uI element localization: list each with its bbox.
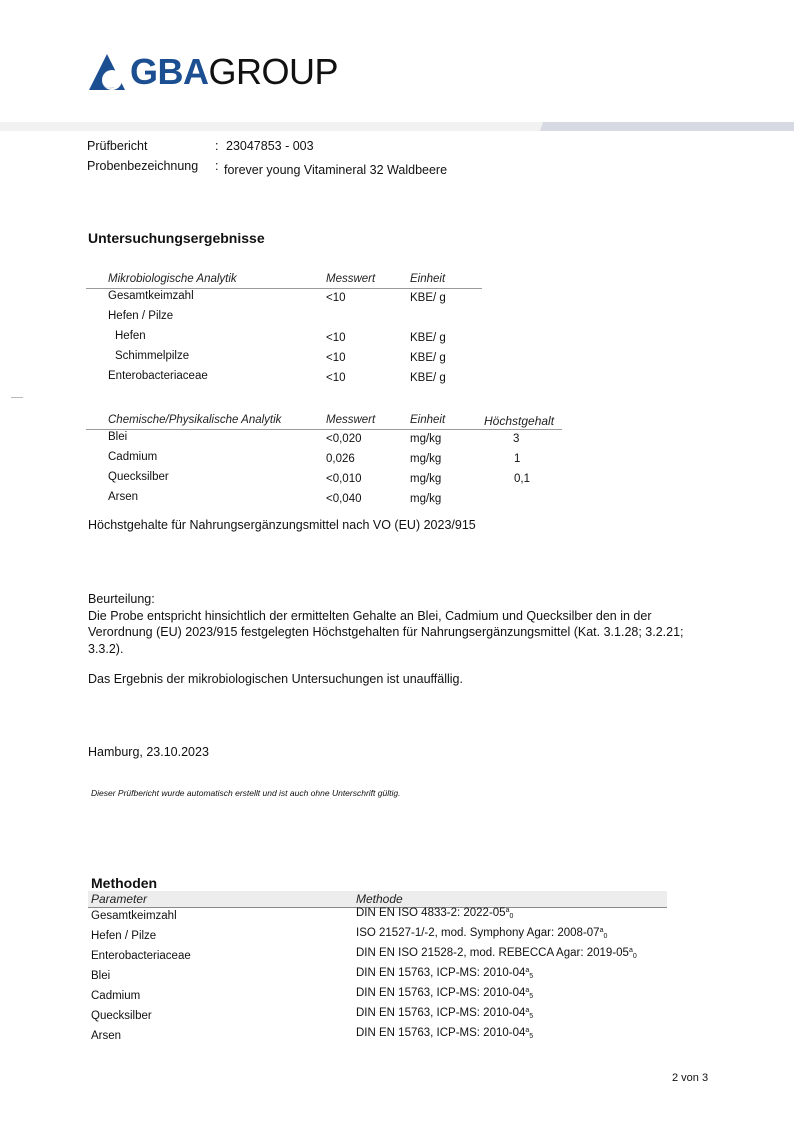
methods-row-method: DIN EN ISO 4833-2: 2022-05a0: [356, 907, 513, 920]
micro-header-einheit: Einheit: [410, 273, 445, 285]
chem-row-unit: mg/kg: [410, 473, 441, 485]
micro-row-value: <10: [326, 292, 346, 304]
methods-row-method: DIN EN 15763, ICP-MS: 2010-04a5: [356, 987, 533, 1000]
company-logo: GBAGROUP: [88, 52, 338, 92]
results-title: Untersuchungsergebnisse: [88, 230, 265, 246]
methods-row-method: ISO 21527-1/-2, mod. Symphony Agar: 2008…: [356, 927, 607, 940]
micro-header-rule: [86, 288, 482, 289]
assessment: Beurteilung: Die Probe entspricht hinsic…: [88, 591, 728, 657]
micro-header-messwert: Messwert: [326, 273, 375, 285]
logo-triangle-icon: [88, 53, 126, 91]
chem-row-name: Quecksilber: [108, 471, 169, 483]
assessment-line: 3.3.2).: [88, 641, 728, 658]
methods-row-parameter: Cadmium: [91, 990, 140, 1002]
pruefbericht-label: Prüfbericht: [87, 139, 147, 153]
micro-row-unit: KBE/ g: [410, 352, 446, 364]
micro-row-name: Gesamtkeimzahl: [108, 290, 194, 302]
chem-header-hoechstgehalt: Höchstgehalt: [484, 414, 554, 428]
micro-header-analytik: Mikrobiologische Analytik: [108, 273, 237, 285]
methods-row-parameter: Blei: [91, 970, 110, 982]
methods-row-method: DIN EN 15763, ICP-MS: 2010-04a5: [356, 1027, 533, 1040]
micro-result-text: Das Ergebnis der mikrobiologischen Unter…: [88, 671, 728, 688]
place-date: Hamburg, 23.10.2023: [88, 745, 209, 759]
micro-row-name: Hefen / Pilze: [108, 310, 173, 322]
chem-row-value: <0,020: [326, 433, 362, 445]
pruefbericht-value: 23047853 - 003: [226, 139, 314, 153]
chem-row-max: 3: [513, 433, 519, 445]
chem-header-messwert: Messwert: [326, 414, 375, 426]
methods-header-methode: Methode: [356, 892, 403, 906]
micro-row-value: <10: [326, 332, 346, 344]
probe-colon: :: [215, 159, 218, 173]
assessment-line: Die Probe entspricht hinsichtlich der er…: [88, 608, 728, 625]
micro-row-value: <10: [326, 372, 346, 384]
pruefbericht-colon: :: [215, 139, 218, 153]
probe-value: forever young Vitamineral 32 Waldbeere: [224, 163, 447, 177]
header-band-left: [0, 122, 560, 131]
methods-row-parameter: Arsen: [91, 1030, 121, 1042]
header-band-right: [540, 122, 794, 131]
chem-row-max: 0,1: [514, 473, 530, 485]
chem-row-max: 1: [514, 453, 520, 465]
methods-row-method: DIN EN 15763, ICP-MS: 2010-04a5: [356, 967, 533, 980]
micro-row-name: Schimmelpilze: [115, 350, 189, 362]
chem-footnote: Höchstgehalte für Nahrungsergänzungsmitt…: [88, 518, 476, 532]
chem-row-value: 0,026: [326, 453, 355, 465]
margin-mark: [11, 397, 23, 398]
chem-row-unit: mg/kg: [410, 433, 441, 445]
chem-row-unit: mg/kg: [410, 453, 441, 465]
chem-row-name: Blei: [108, 431, 127, 443]
methods-row-method: DIN EN ISO 21528-2, mod. REBECCA Agar: 2…: [356, 947, 637, 960]
methods-row-method: DIN EN 15763, ICP-MS: 2010-04a5: [356, 1007, 533, 1020]
chem-header-einheit: Einheit: [410, 414, 445, 426]
chem-row-value: <0,010: [326, 473, 362, 485]
methods-row-parameter: Enterobacteriaceae: [91, 950, 191, 962]
methods-row-parameter: Hefen / Pilze: [91, 930, 156, 942]
chem-row-name: Cadmium: [108, 451, 157, 463]
methods-row-parameter: Quecksilber: [91, 1010, 152, 1022]
chem-header-rule: [86, 429, 562, 430]
assessment-label: Beurteilung:: [88, 591, 728, 608]
methods-title: Methoden: [91, 875, 157, 891]
logo-brand-light: GROUP: [209, 52, 339, 92]
micro-row-value: <10: [326, 352, 346, 364]
methods-header-parameter: Parameter: [91, 892, 147, 906]
chem-row-name: Arsen: [108, 491, 138, 503]
micro-row-unit: KBE/ g: [410, 332, 446, 344]
assessment-line: Verordnung (EU) 2023/915 festgelegten Hö…: [88, 624, 728, 641]
methods-row-parameter: Gesamtkeimzahl: [91, 910, 177, 922]
chem-row-unit: mg/kg: [410, 493, 441, 505]
page-number: 2 von 3: [672, 1072, 708, 1084]
chem-row-value: <0,040: [326, 493, 362, 505]
micro-row-unit: KBE/ g: [410, 292, 446, 304]
micro-row-name: Enterobacteriaceae: [108, 370, 208, 382]
logo-brand-bold: GBA: [130, 52, 209, 92]
probe-label: Probenbezeichnung: [87, 159, 198, 173]
chem-header-analytik: Chemische/Physikalische Analytik: [108, 414, 281, 426]
micro-row-name: Hefen: [115, 330, 146, 342]
auto-generated-note: Dieser Prüfbericht wurde automatisch ers…: [91, 788, 400, 798]
micro-row-unit: KBE/ g: [410, 372, 446, 384]
